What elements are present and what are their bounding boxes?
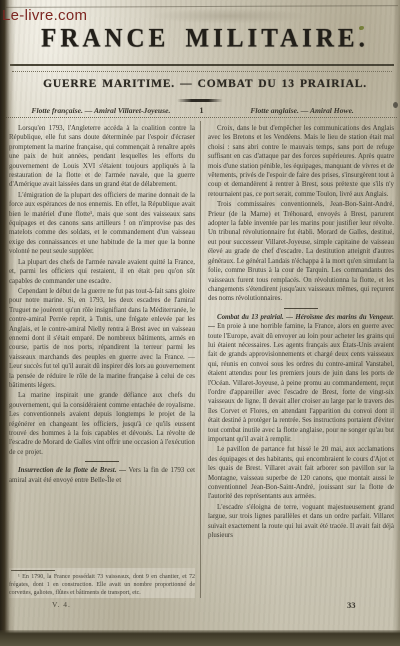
fleet-header-french: Flotte française. — Amiral Villaret-Joye… xyxy=(8,106,194,115)
book-bottom-edge xyxy=(0,630,400,646)
footnote-block: ¹ En 1790, la France possédait 73 vaisse… xyxy=(9,568,195,598)
page-right-edge-shadow xyxy=(393,0,400,646)
title-rule-dotted xyxy=(12,71,392,72)
paper-speck xyxy=(393,102,398,108)
paragraph: Le pavillon de partance fut hissé le 20 … xyxy=(208,445,394,501)
left-column: Lorsqu'en 1793, l'Angleterre accéda à la… xyxy=(9,124,195,598)
section-paragraph: Insurrection de la flotte de Brest. — Ve… xyxy=(9,466,195,485)
chapter-subtitle: GUERRE MARITIME. — COMBAT DU 13 PRAIRIAL… xyxy=(15,78,395,90)
fleet-header-row: Flotte française. — Amiral Villaret-Joye… xyxy=(8,105,395,115)
scanned-page: Le-livre.com FRANCE MILITAIRE. GUERRE MA… xyxy=(0,0,400,646)
fleet-header-english: Flotte anglaise. — Amiral Howe. xyxy=(209,106,395,115)
paragraph: Cependant le début de la guerre ne fut p… xyxy=(9,287,195,390)
bookseller-watermark: Le-livre.com xyxy=(2,7,87,24)
paper-stain xyxy=(150,8,310,24)
paragraph: L'escadre s'éloigna de terre, voguant ma… xyxy=(208,503,394,541)
page-number: 33 xyxy=(347,600,356,610)
paragraph: La marine inspirait une grande défiance … xyxy=(9,391,195,457)
footnote: ¹ En 1790, la France possédait 73 vaisse… xyxy=(9,573,195,597)
section-text: En proie à une horrible famine, la Franc… xyxy=(208,323,394,443)
paragraph: Lorsqu'en 1793, l'Angleterre accéda à la… xyxy=(9,124,195,190)
footnote-rule xyxy=(11,570,55,571)
paragraph: L'émigration de la plupart des officiers… xyxy=(9,191,195,257)
book-spine-shadow xyxy=(0,0,15,646)
header-rule xyxy=(6,117,397,118)
title-rule xyxy=(10,64,394,66)
right-column: Croix, dans le but d'empêcher les commun… xyxy=(208,124,394,598)
section-divider xyxy=(85,461,119,462)
paragraph: La plupart des chefs de l'armée navale a… xyxy=(9,258,195,286)
body-text: Lorsqu'en 1793, l'Angleterre accéda à la… xyxy=(9,124,394,598)
section-divider xyxy=(284,308,318,309)
ornament-divider xyxy=(177,99,223,102)
issue-number: 1 xyxy=(194,105,209,115)
section-paragraph: Combat du 13 prairial. — Héroïsme des ma… xyxy=(208,313,394,445)
paragraph: Trois commissaires conventionnels, Jean-… xyxy=(208,200,394,303)
section-lead: Insurrection de la flotte de Brest. — xyxy=(18,467,126,474)
paragraph: Croix, dans le but d'empêcher les commun… xyxy=(208,124,394,199)
masthead-title: FRANCE MILITAIRE. xyxy=(15,24,395,54)
signature-mark: V. 4. xyxy=(52,600,71,609)
